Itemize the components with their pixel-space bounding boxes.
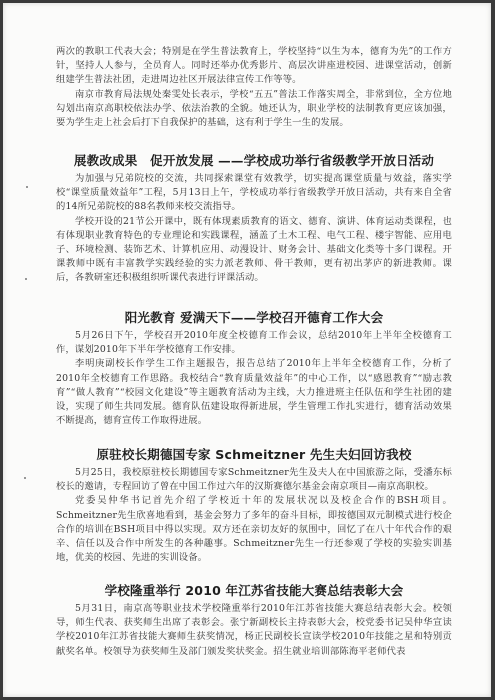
- paragraph: 为加强与兄弟院校的交流，共同探索课堂有效教学，切实提高课堂质量与效益，落实学校“…: [56, 172, 452, 215]
- paragraph: 两次的教职工代表大会；特别是在学生普法教育上，学校坚持“以生为本，德育为先”的工…: [56, 45, 452, 88]
- scan-speck: [25, 278, 27, 280]
- paragraph: 学校开设的21节公开课中，既有体现素质教育的语文、德育、演讲、体育运动类课程，也…: [56, 215, 452, 286]
- paragraph: 李明庚副校长作学生工作主题报告，报告总结了2010年上半年全校德育工作，分析了2…: [56, 357, 452, 428]
- paragraph: 南京市教育局法规处秦雯处长表示，学校“五五”普法工作落实周全，非常到位，全方位地…: [56, 88, 452, 131]
- section-heading: 学校隆重举行 2010 年江苏省技能大赛总结表彰大会: [56, 581, 452, 599]
- section-heading: 阳光教育 爱满天下——学校召开德育工作大会: [56, 308, 452, 326]
- section-skills-contest: 学校隆重举行 2010 年江苏省技能大赛总结表彰大会 5月31日，南京高等职业技…: [56, 581, 452, 659]
- section-heading: 原驻校长期德国专家 Schmeitzner 先生夫妇回访我校: [56, 445, 452, 463]
- section-heading: 展教改成果 促开放发展 ——学校成功举行省级教学开放日活动: [56, 151, 452, 169]
- paragraph: 党委吴仲华书记首先介绍了学校近十年的发展状况以及校企合作的BSH项目。Schme…: [56, 494, 452, 565]
- paragraph: 5月25日，我校原驻校长期德国专家Schmeitzner先生及夫人在中国旅游之际…: [56, 466, 452, 494]
- scan-speck: [26, 186, 28, 188]
- section-moral-education: 阳光教育 爱满天下——学校召开德育工作大会 5月26日下午，学校召开2010年度…: [56, 308, 452, 428]
- scan-speck: [24, 477, 26, 479]
- document-page: 两次的教职工代表大会；特别是在学生普法教育上，学校坚持“以生为本，德育为先”的工…: [3, 3, 491, 697]
- section-german-expert: 原驻校长期德国专家 Schmeitzner 先生夫妇回访我校 5月25日，我校原…: [56, 445, 452, 565]
- section-open-day: 展教改成果 促开放发展 ——学校成功举行省级教学开放日活动 为加强与兄弟院校的交…: [56, 151, 452, 286]
- paragraph: 5月26日下午，学校召开2010年度全校德育工作会议，总结2010年上半年全校德…: [56, 329, 452, 357]
- paragraph: 5月31日，南京高等职业技术学校隆重举行2010年江苏省技能大赛总结表彰大会。校…: [56, 602, 452, 659]
- section-continuation: 两次的教职工代表大会；特别是在学生普法教育上，学校坚持“以生为本，德育为先”的工…: [56, 45, 452, 130]
